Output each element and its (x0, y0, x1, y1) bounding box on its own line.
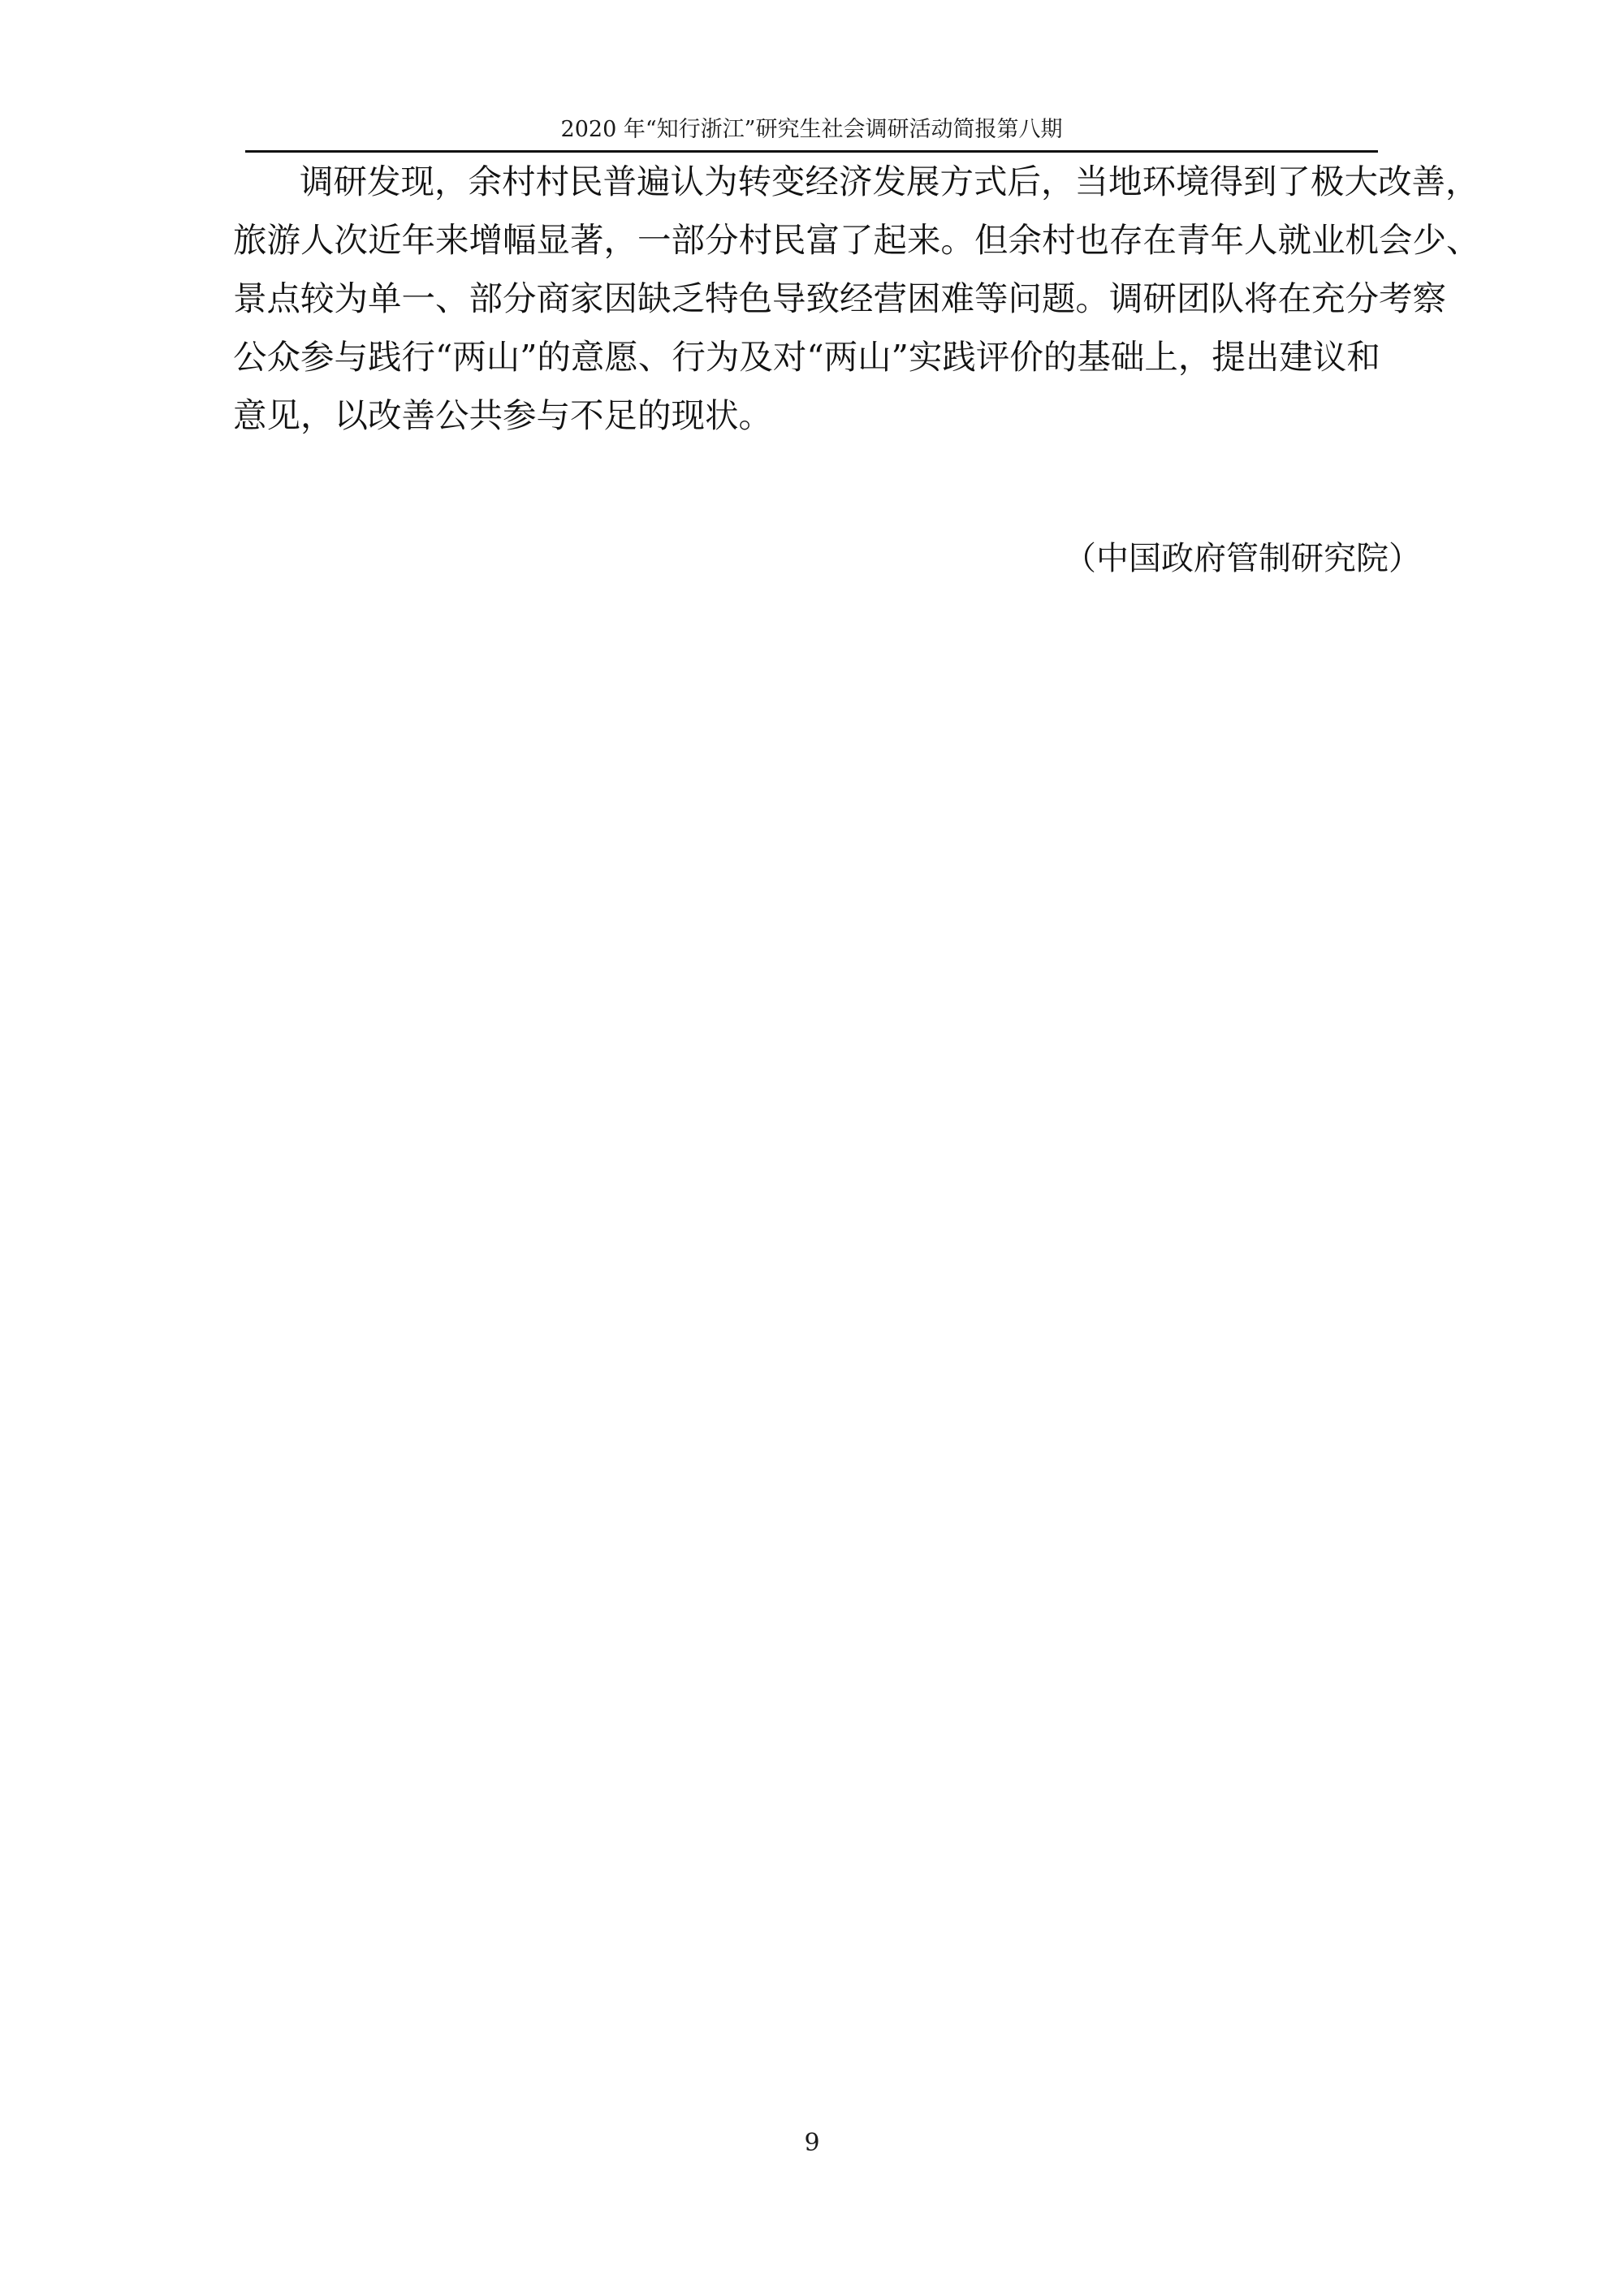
paragraph-line: 公众参与践行“两山”的意愿、行为及对“两山”实践评价的基础上，提出建议和 (233, 328, 1427, 386)
body-paragraph: 调研发现，余村村民普遍认为转变经济发展方式后，当地环境得到了极大改善， 旅游人次… (233, 153, 1427, 445)
page-number: 9 (731, 2127, 893, 2160)
author-signature: （中国政府管制研究院） (1064, 529, 1405, 588)
running-header: 2020 年“知行浙江”研究生社会调研活动简报第八期 (245, 114, 1378, 151)
paragraph-line: 旅游人次近年来增幅显著，一部分村民富了起来。但余村也存在青年人就业机会少、 (233, 211, 1427, 270)
paragraph-line: 调研发现，余村村民普遍认为转变经济发展方式后，当地环境得到了极大改善， (233, 153, 1427, 211)
paragraph-line: 景点较为单一、部分商家因缺乏特色导致经营困难等问题。调研团队将在充分考察 (233, 270, 1427, 328)
paragraph-line: 意见，以改善公共参与不足的现状。 (233, 386, 1427, 445)
